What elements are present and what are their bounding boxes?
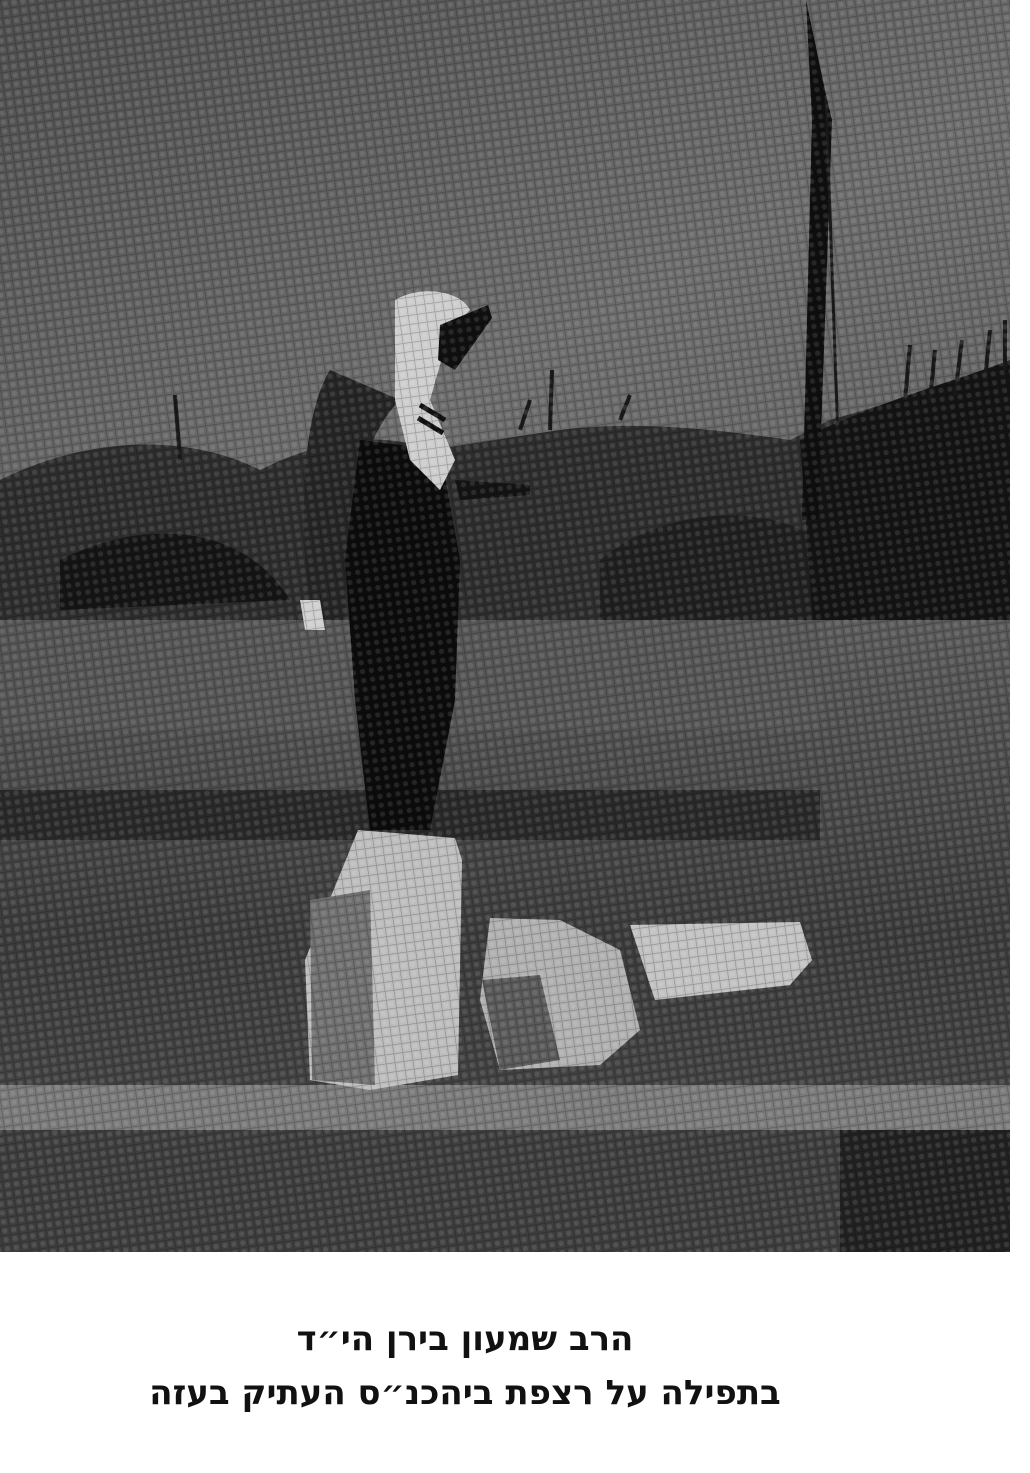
photo-caption: הרב שמעון בירן הי״ד בתפילה על רצפת ביהכנ…: [0, 1312, 930, 1420]
caption-line-1: הרב שמעון בירן הי״ד: [0, 1312, 930, 1366]
photo-scene: [0, 0, 1010, 1252]
halftone-texture: [0, 0, 1010, 1252]
photograph: [0, 0, 1010, 1252]
caption-line-2: בתפילה על רצפת ביהכנ״ס העתיק בעזה: [0, 1366, 930, 1420]
